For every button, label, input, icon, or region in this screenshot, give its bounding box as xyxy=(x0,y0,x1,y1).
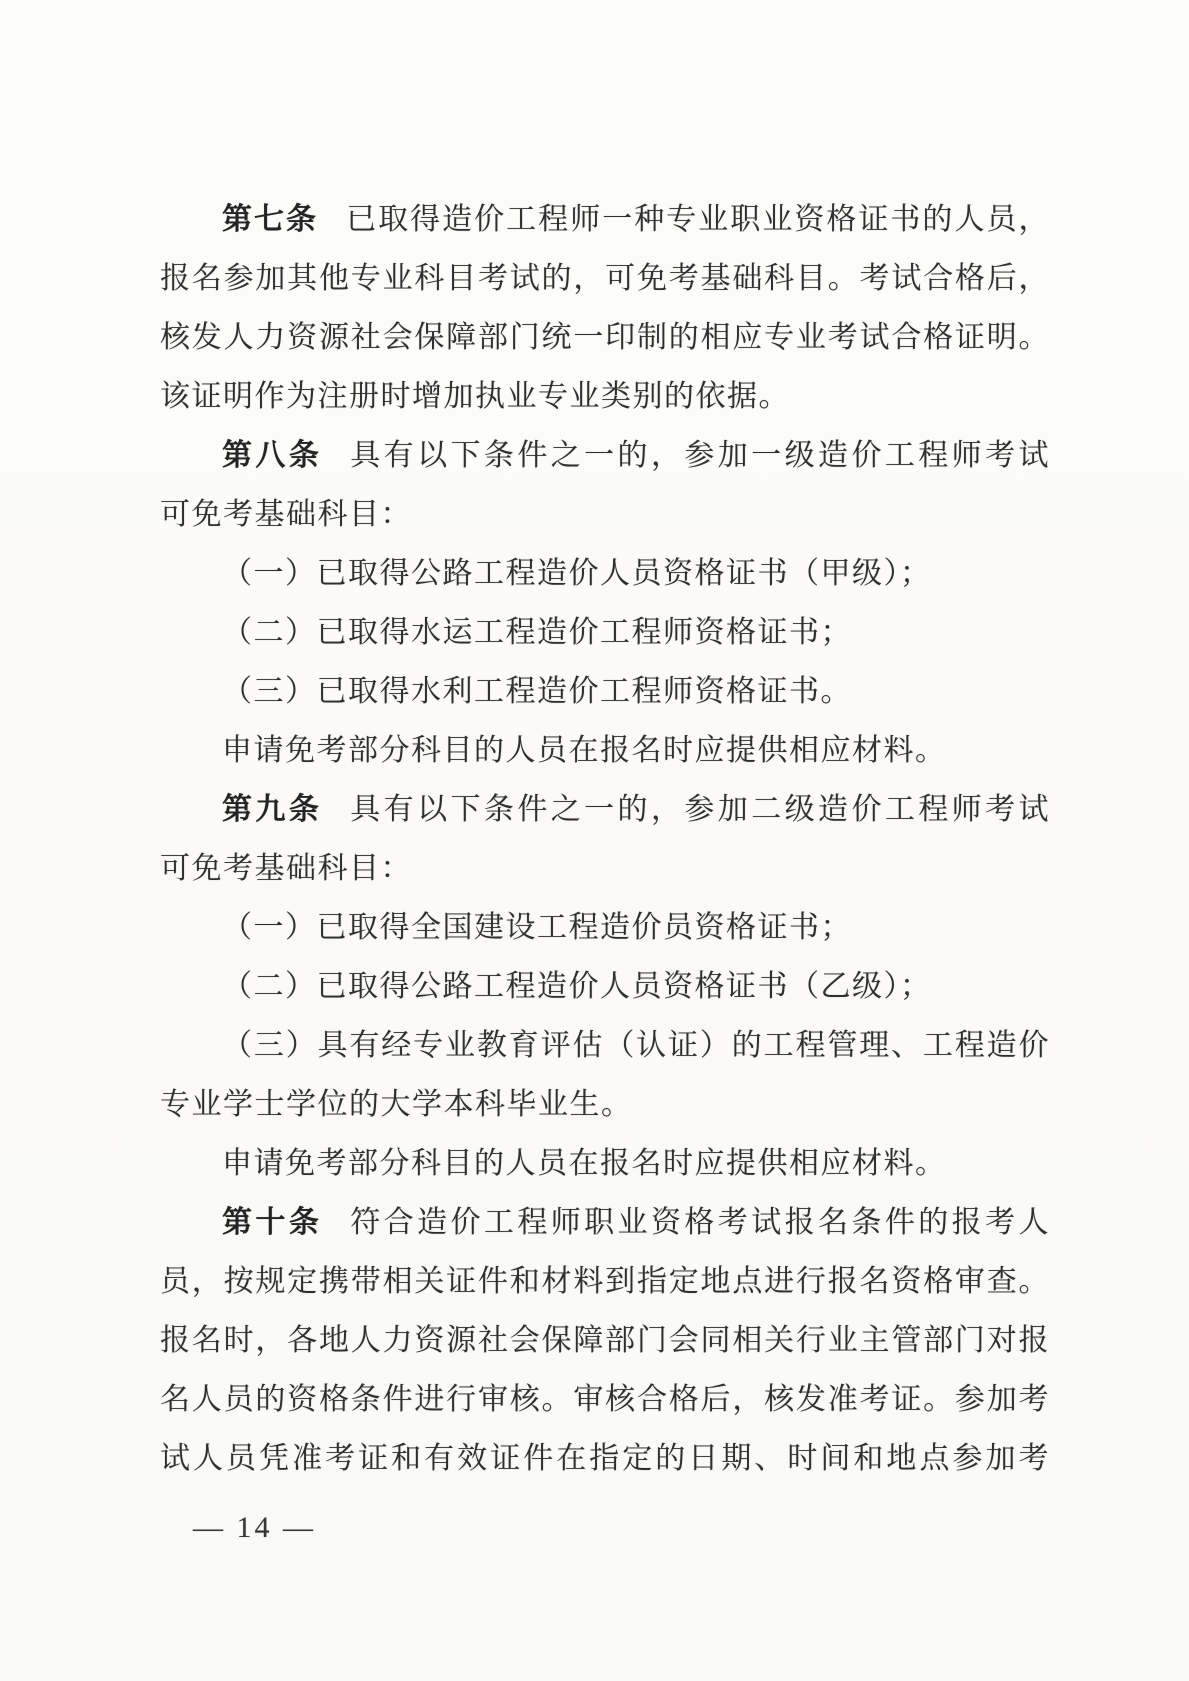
article-number: 第九条 xyxy=(222,793,322,826)
line-text: 试人员凭准考证和有效证件在指定的日期、时间和地点参加考 xyxy=(160,1442,1050,1475)
line-text: （二）已取得水运工程造价工程师资格证书； xyxy=(222,616,852,649)
article-number: 第七条 xyxy=(222,203,318,236)
text-line: 试人员凭准考证和有效证件在指定的日期、时间和地点参加考 xyxy=(160,1429,1050,1488)
line-text: 名人员的资格条件进行审核。审核合格后，核发准考证。参加考 xyxy=(160,1383,1050,1416)
article-8-line: 第八条具有以下条件之一的，参加一级造价工程师考试 xyxy=(160,426,1050,485)
line-text: （二）已取得公路工程造价人员资格证书（乙级）； xyxy=(222,970,932,1003)
text-line: 员，按规定携带相关证件和材料到指定地点进行报名资格审查。 xyxy=(160,1252,1050,1311)
line-text: （一）已取得全国建设工程造价员资格证书； xyxy=(222,911,852,944)
line-text: 具有以下条件之一的，参加一级造价工程师考试 xyxy=(350,439,1050,472)
line-text: 符合造价工程师职业资格考试报名条件的报考人 xyxy=(350,1206,1050,1239)
text-line: 报名时，各地人力资源社会保障部门会同相关行业主管部门对报 xyxy=(160,1311,1050,1370)
line-text: 专业学士学位的大学本科毕业生。 xyxy=(160,1088,633,1121)
document-page: 第七条已取得造价工程师一种专业职业资格证书的人员， 报名参加其他专业科目考试的，… xyxy=(0,0,1189,1681)
text-line: 专业学士学位的大学本科毕业生。 xyxy=(160,1075,1050,1134)
document-body: 第七条已取得造价工程师一种专业职业资格证书的人员， 报名参加其他专业科目考试的，… xyxy=(160,190,1050,1488)
line-text: 员，按规定携带相关证件和材料到指定地点进行报名资格审查。 xyxy=(160,1265,1050,1298)
list-item-line: （一）已取得公路工程造价人员资格证书（甲级）； xyxy=(160,544,1050,603)
article-number: 第八条 xyxy=(222,439,322,472)
line-text: （三）具有经专业教育评估（认证）的工程管理、工程造价 xyxy=(222,1029,1050,1062)
line-text: （一）已取得公路工程造价人员资格证书（甲级）； xyxy=(222,557,932,590)
line-text: 核发人力资源社会保障部门统一印制的相应专业考试合格证明。 xyxy=(160,321,1050,354)
article-number: 第十条 xyxy=(222,1206,322,1239)
line-text: 可免考基础科目： xyxy=(160,852,412,885)
line-text: 具有以下条件之一的，参加二级造价工程师考试 xyxy=(350,793,1050,826)
list-item-line: （一）已取得全国建设工程造价员资格证书； xyxy=(160,898,1050,957)
article-10-line: 第十条符合造价工程师职业资格考试报名条件的报考人 xyxy=(160,1193,1050,1252)
text-line: 名人员的资格条件进行审核。审核合格后，核发准考证。参加考 xyxy=(160,1370,1050,1429)
text-line: 申请免考部分科目的人员在报名时应提供相应材料。 xyxy=(160,1134,1050,1193)
list-item-line: （三）已取得水利工程造价工程师资格证书。 xyxy=(160,662,1050,721)
line-text: 该证明作为注册时增加执业专业类别的依据。 xyxy=(160,380,790,413)
line-text: 报名参加其他专业科目考试的，可免考基础科目。考试合格后， xyxy=(160,262,1050,295)
text-line: 申请免考部分科目的人员在报名时应提供相应材料。 xyxy=(160,721,1050,780)
text-line: 该证明作为注册时增加执业专业类别的依据。 xyxy=(160,367,1050,426)
line-text: 已取得造价工程师一种专业职业资格证书的人员， xyxy=(346,203,1050,236)
line-text: （三）已取得水利工程造价工程师资格证书。 xyxy=(222,675,852,708)
article-7-line: 第七条已取得造价工程师一种专业职业资格证书的人员， xyxy=(160,190,1050,249)
list-item-line: （三）具有经专业教育评估（认证）的工程管理、工程造价 xyxy=(160,1016,1050,1075)
article-9-line: 第九条具有以下条件之一的，参加二级造价工程师考试 xyxy=(160,780,1050,839)
text-line: 可免考基础科目： xyxy=(160,485,1050,544)
line-text: 报名时，各地人力资源社会保障部门会同相关行业主管部门对报 xyxy=(160,1324,1050,1357)
page-number: — 14 — xyxy=(193,1506,316,1550)
text-line: 可免考基础科目： xyxy=(160,839,1050,898)
list-item-line: （二）已取得公路工程造价人员资格证书（乙级）； xyxy=(160,957,1050,1016)
text-line: 核发人力资源社会保障部门统一印制的相应专业考试合格证明。 xyxy=(160,308,1050,367)
line-text: 申请免考部分科目的人员在报名时应提供相应材料。 xyxy=(222,734,947,767)
line-text: 可免考基础科目： xyxy=(160,498,412,531)
line-text: 申请免考部分科目的人员在报名时应提供相应材料。 xyxy=(222,1147,947,1180)
list-item-line: （二）已取得水运工程造价工程师资格证书； xyxy=(160,603,1050,662)
text-line: 报名参加其他专业科目考试的，可免考基础科目。考试合格后， xyxy=(160,249,1050,308)
